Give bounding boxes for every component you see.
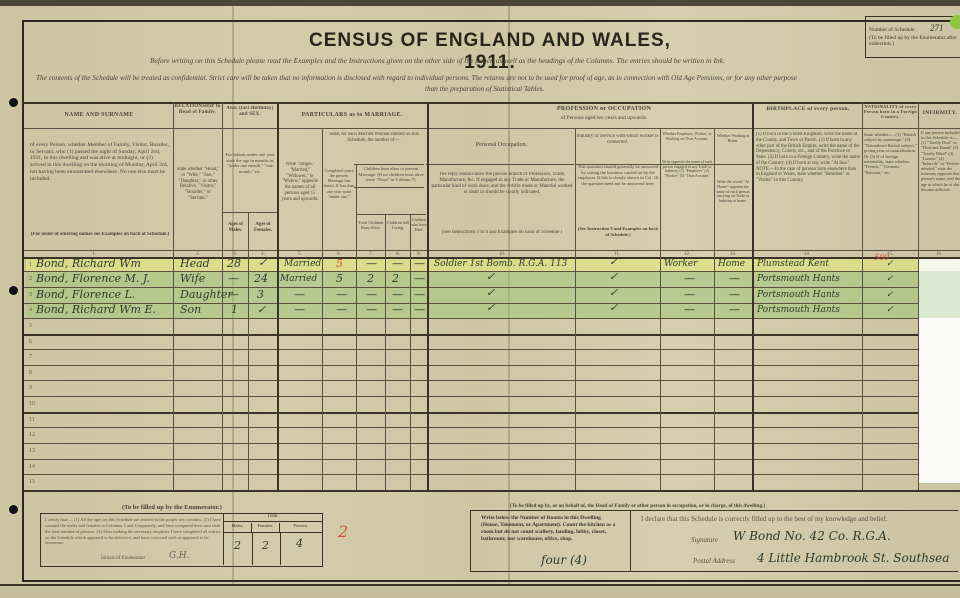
enumerator-initials: G.H.	[169, 551, 189, 561]
industry: ✓	[609, 255, 618, 268]
header-profession: PROFESSION or OCCUPATION	[504, 106, 704, 113]
header-personal-occupation-note: (See Instructions 1 to 8 and Examples on…	[430, 230, 574, 236]
header-at-home: Whether Working at Home.	[715, 134, 751, 144]
row-number: 7	[29, 354, 32, 360]
occupation: ✓	[486, 270, 495, 283]
instruction-line: Before writing on this Schedule please r…	[150, 56, 725, 65]
header-personal-occupation: Personal Occupation.	[429, 142, 574, 149]
header-name-desc: of every Person, whether Member of Famil…	[30, 142, 170, 182]
header-employer: Whether Employer, Worker, or Working on …	[661, 132, 713, 142]
header-birthplace: BIRTHPLACE of every person.	[755, 106, 861, 113]
row-number: 5	[29, 323, 32, 329]
age-female: ✓	[257, 303, 266, 316]
row-number: 12	[29, 432, 35, 438]
row-number: 8	[29, 370, 32, 376]
children-died: —	[414, 257, 425, 270]
occupation: ✓	[486, 286, 495, 299]
children-born: 2	[367, 272, 374, 285]
scan-bottom-edge	[0, 584, 960, 598]
confidential-notice-cont: than the preparation of Statistical Tabl…	[425, 85, 544, 93]
header-nationality-desc: State whether:— (1) "British subject by …	[864, 132, 917, 175]
relationship: Head	[180, 257, 210, 270]
row-number: 3	[29, 292, 32, 298]
header-industry-desc: This question should generally be answer…	[577, 164, 659, 186]
years-married: 5	[336, 257, 343, 270]
header-age-females: Ages of Females.	[249, 222, 277, 234]
persons-label: Persons.	[280, 523, 322, 533]
punch-hole	[9, 98, 18, 107]
row-number: 6	[29, 339, 32, 345]
census-table: NAME AND SURNAME of every Person, whethe…	[24, 102, 960, 500]
punch-hole	[9, 286, 18, 295]
header-still-living: Children still Living.	[386, 220, 410, 230]
children-died: —	[414, 303, 425, 316]
birthplace: Plumstead Kent	[757, 259, 829, 269]
header-name-note: (For order of entering names see Example…	[30, 232, 170, 238]
age-female: 24	[254, 272, 268, 285]
enumerator-box: I certify that:— (1) All the ages on thi…	[40, 513, 323, 567]
row-number: 1	[29, 262, 32, 268]
relationship: Wife	[180, 272, 205, 285]
working-at-home: —	[729, 288, 740, 301]
person-name: Bond, Florence M. J.	[36, 272, 150, 285]
total-males: 2	[234, 539, 241, 552]
row-number: 2	[29, 276, 32, 282]
row-number: 15	[29, 479, 35, 485]
header-children-alive: Children born alive to present Marriage.…	[357, 166, 425, 183]
punch-hole	[9, 505, 18, 514]
children-living: 2	[392, 272, 399, 285]
children-born: —	[366, 288, 377, 301]
relationship: Son	[180, 303, 201, 316]
row-number: 13	[29, 448, 35, 454]
header-marriage: PARTICULARS as to MARRIAGE.	[280, 112, 424, 119]
relationship: Daughter	[180, 288, 233, 301]
age-female: 3	[257, 288, 264, 301]
enumerator-initials-label: Initials of Enumerator	[101, 556, 145, 561]
schedule-number-note: (To be filled up by the Enumerator after…	[869, 35, 957, 47]
green-tab-marker	[950, 15, 960, 29]
children-living: —	[392, 288, 403, 301]
males-label: Males.	[224, 523, 252, 533]
column-number: 14.	[797, 252, 817, 257]
years-married: —	[336, 303, 347, 316]
employment-status: —	[684, 272, 695, 285]
rooms-count: four (4)	[541, 553, 587, 567]
header-personal-occupation-desc: The reply should show the precise branch…	[430, 172, 574, 196]
total-females: 2	[262, 539, 269, 552]
marital-status: —	[294, 303, 305, 316]
header-name: NAME AND SURNAME	[34, 112, 164, 119]
nationality: ✓	[886, 274, 894, 284]
person-name: Bond, Richard Wm	[36, 257, 141, 270]
confidential-notice: The contents of the Schedule will be tre…	[36, 74, 797, 82]
rooms-instruction-text: Write below the Number of Rooms in this …	[481, 515, 615, 542]
birthplace: Portsmouth Hants	[757, 274, 840, 284]
header-married-woman: State, for each Married Woman entered on…	[324, 132, 424, 144]
total-persons: 4	[296, 537, 303, 550]
occupation: ✓	[486, 301, 495, 314]
header-nationality: NATIONALITY of every Person born in a Fo…	[863, 104, 918, 119]
signature-label: Signature	[691, 536, 718, 544]
red-annotation: 2	[338, 522, 348, 541]
children-born: —	[366, 303, 377, 316]
row-number: 9	[29, 385, 32, 391]
header-industry-note: (See Instruction 9 and Examples on back …	[577, 226, 659, 237]
nationality: ✓	[886, 290, 894, 300]
scan-white-patch	[918, 318, 960, 483]
children-died: —	[414, 272, 425, 285]
employment-status: Worker	[664, 259, 697, 269]
header-infirmity: INFIRMITY.	[920, 110, 960, 117]
header-years-married: Completed years the present Marriage has…	[323, 168, 355, 199]
age-male: —	[228, 272, 239, 285]
enumerator-section-label: (To be filled up by the Enumerator.)	[122, 504, 222, 511]
page-title: CENSUS OF ENGLAND AND WALES, 1911.	[300, 30, 680, 74]
row-number: 11	[29, 417, 35, 423]
scan-top-edge	[0, 0, 960, 6]
header-relationship: RELATIONSHIP to Head of Family.	[174, 104, 221, 116]
scan-white-patch	[918, 271, 960, 318]
postal-address-label: Postal Address	[693, 557, 735, 565]
working-at-home: Home	[718, 259, 745, 269]
marital-status: —	[294, 288, 305, 301]
row-number: 14	[29, 464, 35, 470]
header-age-males: Ages of Males.	[223, 222, 248, 234]
column-number: 16.	[929, 252, 949, 257]
enumerator-certification: I certify that:— (1) All the ages on thi…	[45, 517, 223, 546]
header-relationship-desc: State whether "Head," or "Wife," "Son," …	[175, 167, 221, 202]
children-living: —	[392, 303, 403, 316]
marital-status: Married	[284, 259, 321, 269]
head-of-family-label: (To be filled up by, or on behalf of, th…	[510, 503, 765, 509]
header-birthplace-desc: (1) If born in the United Kingdom, write…	[756, 132, 860, 184]
birthplace: Portsmouth Hants	[757, 305, 840, 315]
years-married: 5	[336, 272, 343, 285]
schedule-number-box: Number of Schedule 271 (To be filled up …	[865, 16, 960, 58]
children-born: —	[366, 257, 377, 270]
person-name: Bond, Florence L.	[36, 288, 135, 301]
age-male: —	[228, 288, 239, 301]
header-industry: Industry or Service with which worker is…	[576, 134, 659, 146]
row-number: 10	[29, 401, 35, 407]
row-number: 4	[29, 307, 32, 313]
industry: ✓	[609, 286, 618, 299]
column-number: 13.	[723, 252, 743, 257]
age-male: 28	[227, 257, 241, 270]
header-infirmity-desc: If any person included in this Schedule …	[921, 130, 960, 192]
header-age-desc: For Infants under one year state the age…	[224, 152, 276, 174]
header-employer-desc: Write opposite the name of each person e…	[661, 160, 713, 179]
marital-status: Married	[280, 274, 317, 284]
employment-status: —	[684, 288, 695, 301]
head-of-family-box: Write below the Number of Rooms in this …	[470, 510, 958, 572]
nationality: ✓	[886, 259, 894, 269]
person-name: Bond, Richard Wm E.	[36, 303, 156, 316]
column-number: 10.	[492, 252, 512, 257]
header-have-died: Children who have Died.	[411, 218, 427, 232]
children-died: —	[414, 288, 425, 301]
age-female: ✓	[258, 256, 267, 269]
declaration-text: I declare that this Schedule is correctl…	[641, 515, 888, 523]
schedule-number-value: 271	[930, 23, 944, 33]
signature-value: W Bond No. 42 Co. R.G.A.	[733, 529, 891, 543]
employment-status: —	[684, 303, 695, 316]
females-label: Females.	[252, 523, 280, 533]
postal-address-value: 4 Little Hambrook St. Southsea	[757, 551, 949, 565]
totals-header: Total.	[224, 514, 322, 522]
working-at-home: —	[729, 303, 740, 316]
census-schedule-page: CENSUS OF ENGLAND AND WALES, 1911. Befor…	[0, 0, 960, 598]
header-profession-sub: of Persons aged ten years and upwards.	[504, 115, 704, 122]
age-male: 1	[231, 303, 238, 316]
occupation: Soldier 1st Bomb. R.G.A. 113	[434, 259, 567, 269]
totals-table: Total. Males. Females. Persons. 2 2 4	[223, 514, 322, 565]
header-age: AGE (last Birthday) and SEX.	[223, 106, 277, 118]
industry: ✓	[609, 270, 618, 283]
column-number: 5.	[290, 252, 310, 257]
column-number: 12.	[677, 252, 697, 257]
working-at-home: —	[729, 272, 740, 285]
header-at-home-desc: Write the words "At Home" opposite the n…	[715, 180, 751, 204]
scan-white-patch	[918, 257, 960, 271]
children-living: —	[392, 257, 403, 270]
header-marriage-desc: Write "Single," "Married," "Widower," or…	[279, 162, 321, 202]
years-married: —	[336, 288, 347, 301]
nationality: ✓	[886, 305, 894, 315]
schedule-number-label: Number of Schedule	[869, 27, 915, 33]
header-total-born: Total Children Born Alive.	[357, 220, 385, 230]
industry: ✓	[609, 301, 618, 314]
birthplace: Portsmouth Hants	[757, 290, 840, 300]
